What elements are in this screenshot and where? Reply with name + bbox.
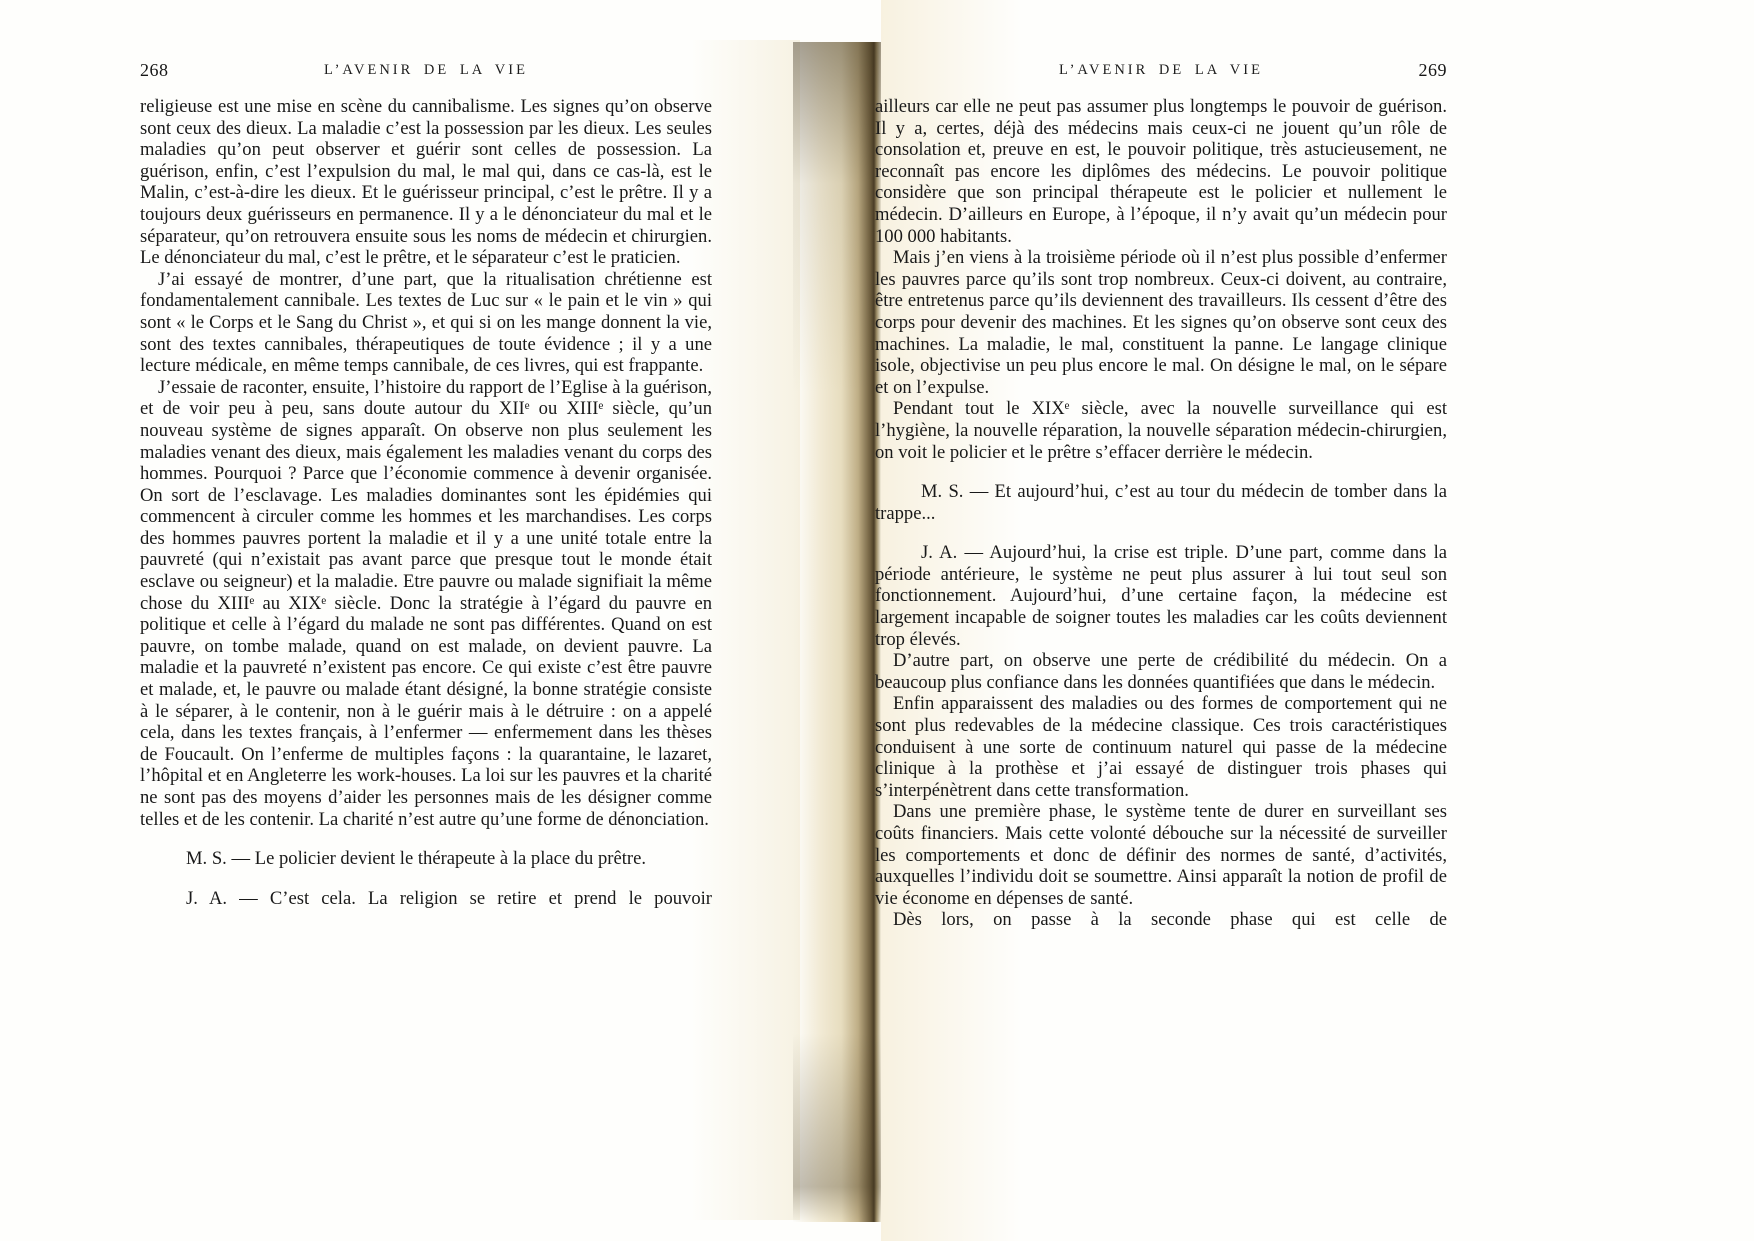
paragraph: Mais j’en viens à la troisième période o… bbox=[875, 247, 1447, 398]
right-page: L’AVENIR DE LA VIE 269 ailleurs car elle… bbox=[875, 60, 1447, 931]
running-title-left: L’AVENIR DE LA VIE bbox=[140, 62, 712, 79]
paragraph: Enfin apparaissent des maladies ou des f… bbox=[875, 693, 1447, 801]
paragraph: religieuse est une mise en scène du cann… bbox=[140, 96, 712, 269]
page-number-right: 269 bbox=[1419, 60, 1448, 81]
paragraph: M. S. — Et aujourd’hui, c’est au tour du… bbox=[875, 481, 1447, 524]
left-page: 268 L’AVENIR DE LA VIE religieuse est un… bbox=[140, 60, 712, 909]
running-title-right: L’AVENIR DE LA VIE bbox=[875, 62, 1447, 79]
right-page-text: ailleurs car elle ne peut pas assumer pl… bbox=[875, 96, 1447, 931]
paragraph: Pendant tout le XIXᵉ siècle, avec la nou… bbox=[875, 398, 1447, 463]
paragraph: D’autre part, on observe une perte de cr… bbox=[875, 650, 1447, 693]
paragraph: ailleurs car elle ne peut pas assumer pl… bbox=[875, 96, 1447, 247]
paragraph: J’essaie de raconter, ensuite, l’histoir… bbox=[140, 377, 712, 830]
paragraph: J’ai essayé de montrer, d’une part, que … bbox=[140, 269, 712, 377]
left-page-text: religieuse est une mise en scène du cann… bbox=[140, 96, 712, 909]
paragraph: J. A. — C’est cela. La religion se retir… bbox=[140, 888, 712, 910]
book-binding-shadow bbox=[793, 42, 881, 1222]
right-page-header: L’AVENIR DE LA VIE 269 bbox=[875, 60, 1447, 86]
paragraph: Dès lors, on passe à la seconde phase qu… bbox=[875, 909, 1447, 931]
paragraph: Dans une première phase, le système tent… bbox=[875, 801, 1447, 909]
paragraph: M. S. — Le policier devient le thérapeut… bbox=[140, 848, 712, 870]
left-page-header: 268 L’AVENIR DE LA VIE bbox=[140, 60, 712, 86]
paragraph: J. A. — Aujourd’hui, la crise est triple… bbox=[875, 542, 1447, 650]
